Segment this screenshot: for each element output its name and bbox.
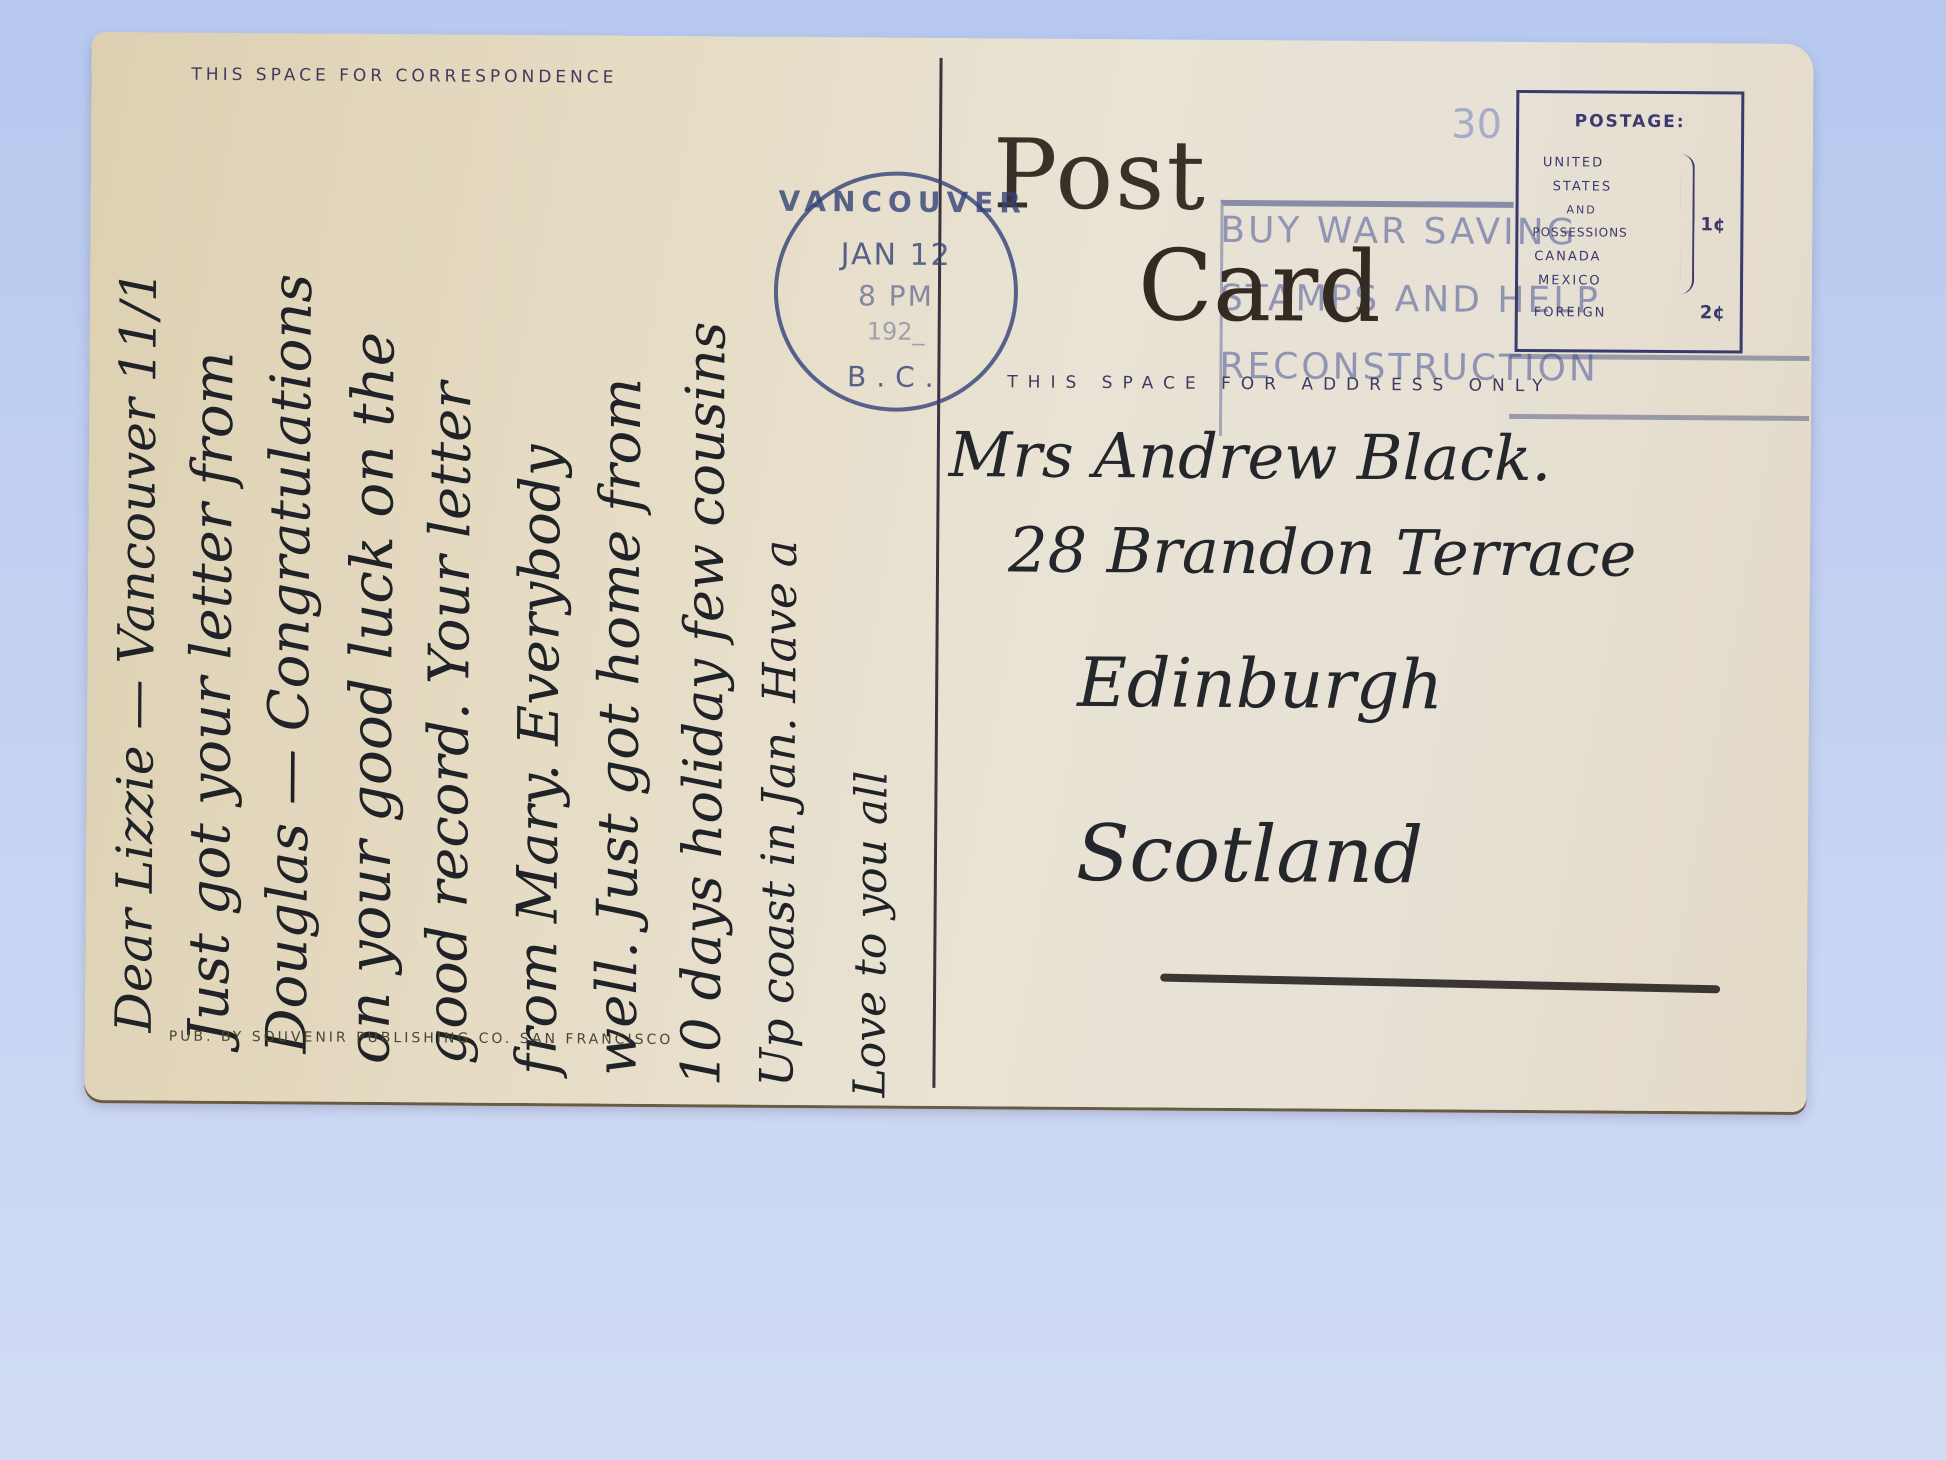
address-city: Edinburgh [1077, 644, 1443, 726]
message-line: Dear Lizzie — Vancouver 11/1 [105, 270, 168, 1033]
brace-icon [1680, 154, 1695, 294]
postage-line: POSSESSIONS [1532, 225, 1627, 240]
message-line: Up coast in Jan. Have a [749, 540, 807, 1087]
postage-line: FOREIGN [1534, 305, 1607, 321]
postage-line: MEXICO [1538, 273, 1602, 288]
message-line: Love to you all [844, 770, 897, 1097]
postmark-time: 8 PM [778, 279, 1014, 314]
message-line: 10 days holiday few cousins [669, 321, 737, 1086]
address-street: 28 Brandon Terrace [1008, 513, 1637, 590]
address-header: THIS SPACE FOR ADDRESS ONLY [1007, 372, 1552, 396]
vancouver-postmark: VANCOUVER JAN 12 8 PM 192_ B.C. [773, 171, 1019, 413]
postage-line: AND [1566, 203, 1596, 216]
postmark-city: VANCOUVER [778, 185, 1014, 220]
message-line: Just got your letter from [177, 351, 247, 1043]
postage-line: STATES [1553, 179, 1613, 194]
postage-title: POSTAGE: [1519, 111, 1741, 133]
address-underline [1160, 974, 1720, 994]
postage-line: UNITED [1543, 155, 1604, 170]
message-line: from Mary. Everybody [504, 444, 573, 1075]
postage-line: CANADA [1534, 249, 1601, 264]
cancel-bar [1509, 414, 1809, 421]
pencil-number: 30 [1451, 101, 1502, 147]
message-line: well. Just got home from [584, 377, 654, 1075]
foreign-rate: 2¢ [1700, 302, 1725, 323]
postcard-back: THIS SPACE FOR CORRESPONDENCE Dear Lizzi… [84, 32, 1813, 1112]
postmark-province: B.C. [777, 360, 1013, 395]
address-recipient: Mrs Andrew Black. [949, 418, 1552, 495]
postmark-date: JAN 12 [778, 237, 1014, 274]
address-country: Scotland [1076, 809, 1424, 901]
postage-box: POSTAGE: UNITED STATES AND POSSESSIONS C… [1515, 90, 1745, 354]
postmark-year: 192_ [778, 317, 1014, 347]
publisher-line: PUB. BY SOUVENIR PUBLISHING CO. SAN FRAN… [169, 1029, 674, 1049]
card-title: Card [1138, 229, 1382, 345]
domestic-rate: 1¢ [1700, 214, 1725, 235]
message-line: on your good luck on the [335, 332, 408, 1065]
correspondence-header: THIS SPACE FOR CORRESPONDENCE [191, 65, 617, 88]
message-line: good record. Your letter [415, 382, 485, 1065]
message-line: Douglas — Congratulations [255, 274, 325, 1054]
